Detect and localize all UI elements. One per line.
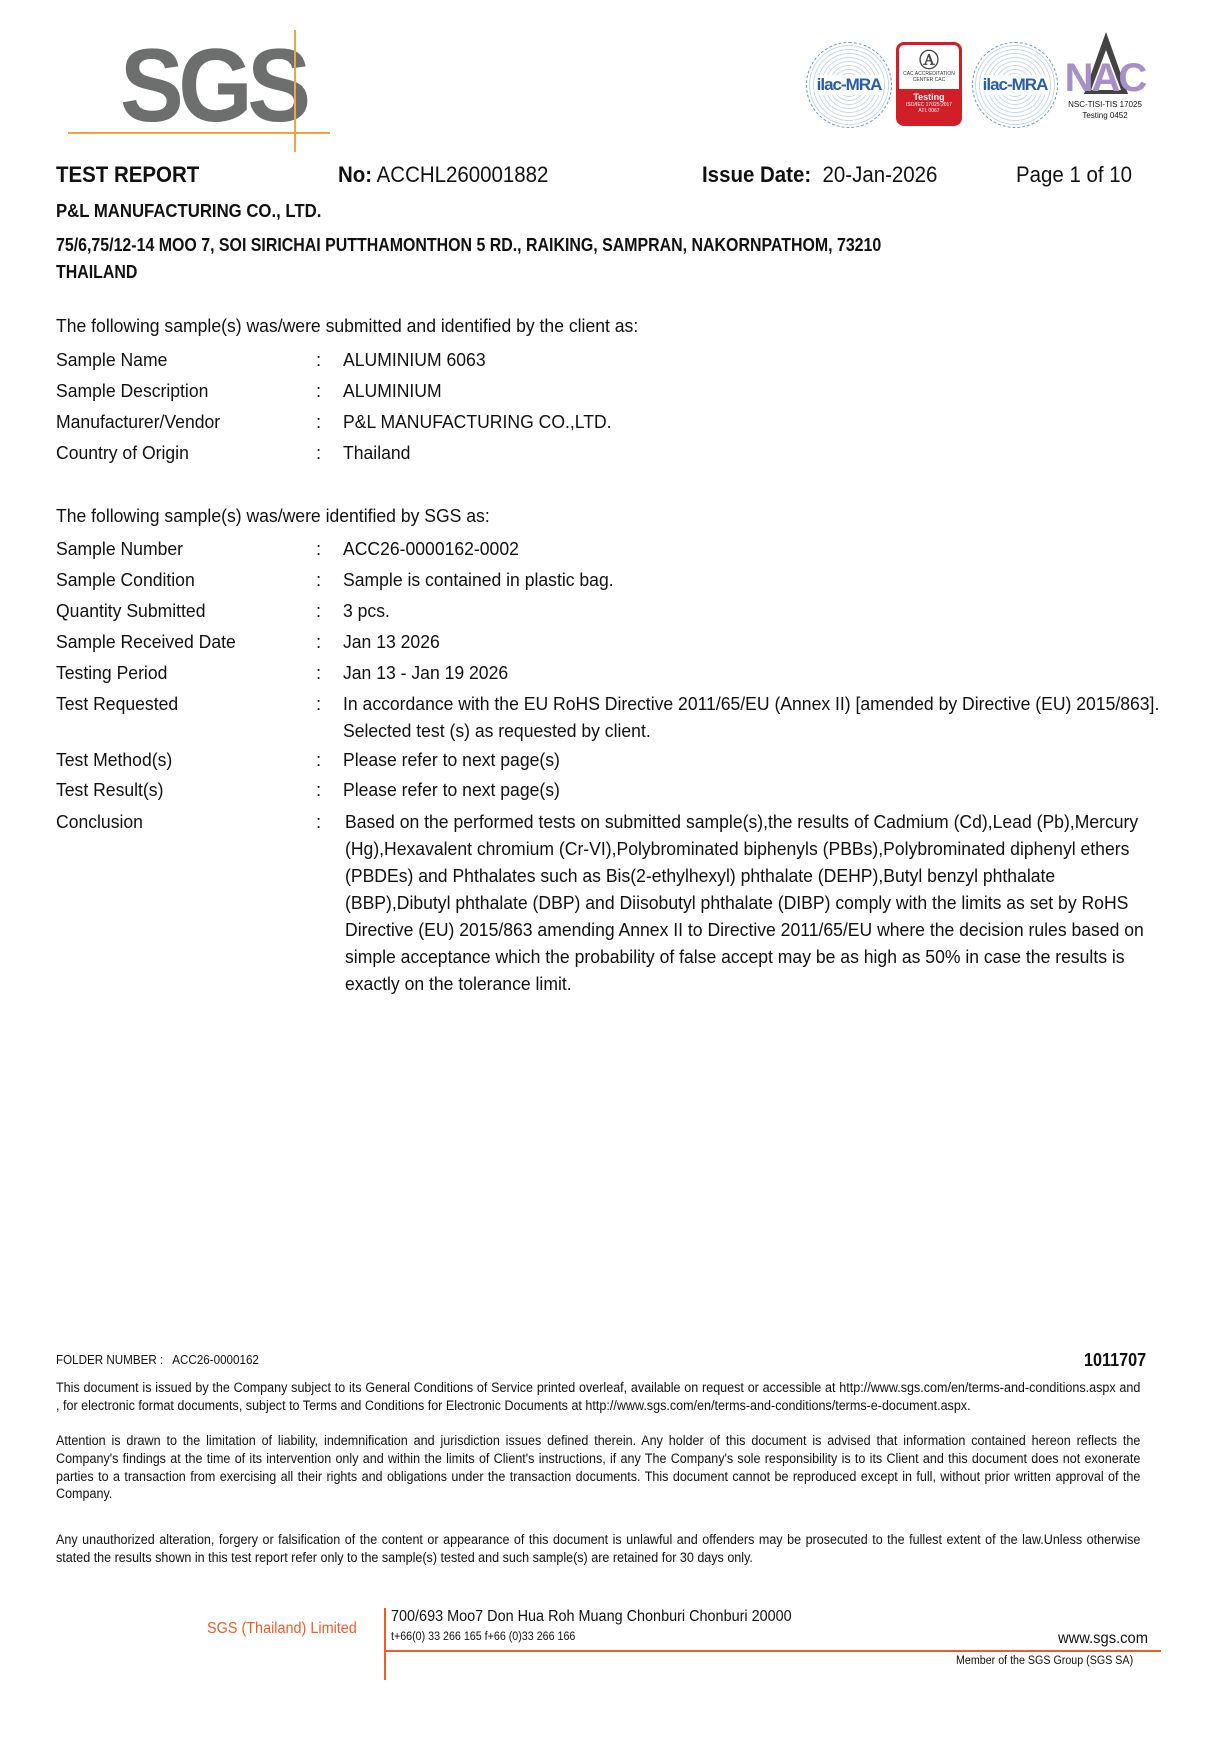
folder-number: FOLDER NUMBER : ACC26-0000162 (56, 1353, 259, 1367)
footer-company: SGS (Thailand) Limited (207, 1620, 357, 1638)
footer-divider-horizontal (385, 1650, 1161, 1652)
footer-divider-vertical (384, 1608, 386, 1680)
report-title: TEST REPORT (56, 162, 199, 188)
sgs-logo: SGS (120, 34, 306, 138)
logo-vertical-line (294, 30, 296, 152)
nac-thailand-badge-icon: NAC NSC-TISI-TIS 17025 Testing 0452 (1060, 32, 1150, 127)
client-section-intro: The following sample(s) was/were submitt… (56, 315, 638, 337)
cac-glyph-icon: Ⓐ (919, 51, 939, 71)
ilac-mra-badge-icon: ilac-MRA (806, 42, 892, 128)
footer-address: 700/693 Moo7 Don Hua Roh Muang Chonburi … (391, 1608, 792, 1626)
legal-attention: Attention is drawn to the limitation of … (56, 1432, 1140, 1503)
issue-date: Issue Date: 20-Jan-2026 (702, 162, 937, 188)
logo-underline (68, 132, 330, 134)
footer-website-link[interactable]: www.sgs.com (1058, 1630, 1148, 1648)
footer-phone: t+66(0) 33 266 165 f+66 (0)33 266 166 (391, 1631, 575, 1643)
report-number: No: ACCHL260001882 (338, 162, 548, 188)
cac-accreditation-badge-icon: Ⓐ CAC ACCREDITATION CENTER CAC Testing I… (896, 42, 962, 126)
footer-member: Member of the SGS Group (SGS SA) (956, 1655, 1133, 1667)
ilac-mra-badge-icon: ilac-MRA (972, 42, 1058, 128)
client-address: 75/6,75/12-14 MOO 7, SOI SIRICHAI PUTTHA… (56, 232, 1145, 286)
legal-forgery: Any unauthorized alteration, forgery or … (56, 1531, 1140, 1567)
client-company: P&L MANUFACTURING CO., LTD. (56, 201, 321, 222)
legal-notice: This document is issued by the Company s… (56, 1379, 1140, 1415)
sgs-section-intro: The following sample(s) was/were identif… (56, 505, 490, 527)
document-code: 1011707 (1084, 1350, 1146, 1371)
page-number: Page 1 of 10 (1016, 162, 1132, 188)
